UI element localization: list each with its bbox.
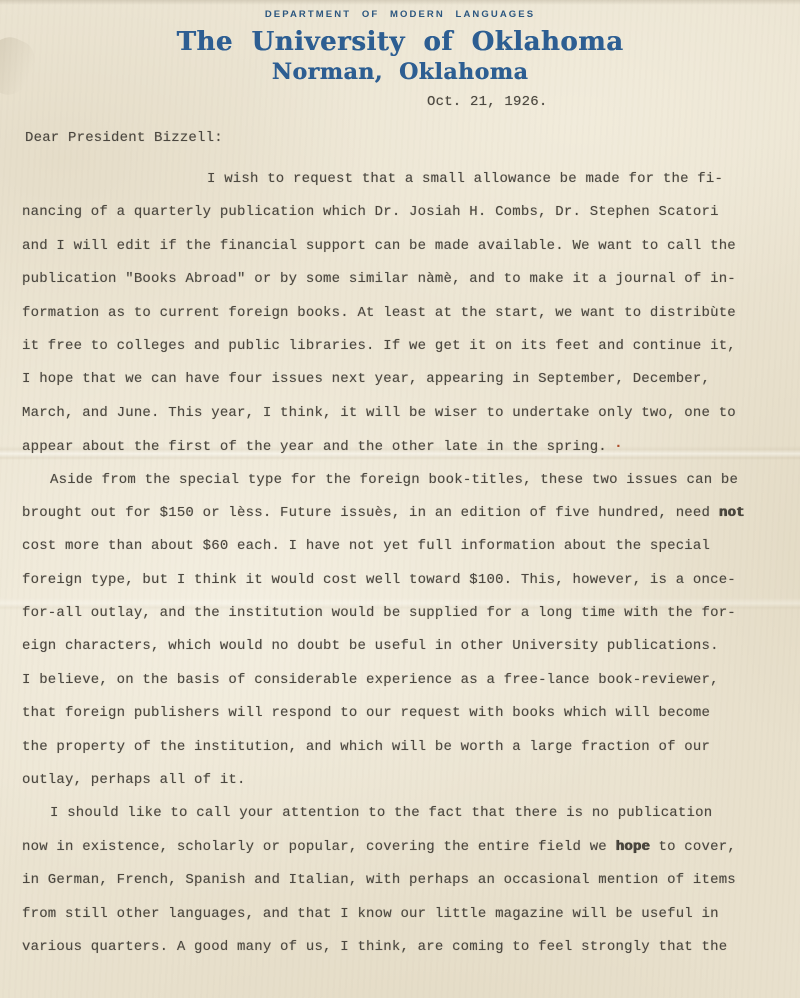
body-line: for-all outlay, and the institution woul… (22, 597, 778, 630)
body-line: outlay, perhaps all of it. (22, 764, 778, 797)
body-line: various quarters. A good many of us, I t… (22, 931, 778, 964)
body-line: eign characters, which would no doubt be… (22, 630, 778, 663)
salutation: Dear President Bizzell: (25, 131, 223, 145)
letterhead-department: DEPARTMENT OF MODERN LANGUAGES (0, 9, 800, 20)
body-line: I believe, on the basis of considerable … (22, 664, 778, 697)
body-line: and I will edit if the financial support… (22, 230, 778, 263)
body-line-text: now in existence, scholarly or popular, … (22, 839, 616, 855)
body-line: brought out for $150 or lèss. Future iss… (22, 497, 778, 530)
body-line: appear about the first of the year and t… (22, 430, 778, 463)
body-line: that foreign publishers will respond to … (22, 697, 778, 730)
body-line: I should like to call your attention to … (22, 797, 778, 830)
body-line: nancing of a quarterly publication which… (22, 196, 778, 229)
body-line-text: appear about the first of the year and t… (22, 439, 607, 455)
body-line: formation as to current foreign books. A… (22, 297, 778, 330)
body-line-text: brought out for $150 or lèss. Future iss… (22, 505, 719, 521)
letterhead-city: Norman, Oklahoma (0, 59, 800, 85)
body-line-text: to cover, (650, 839, 736, 855)
overstruck-word: not (719, 505, 745, 521)
body-line: foreign type, but I think it would cost … (22, 564, 778, 597)
body-line: from still other languages, and that I k… (22, 898, 778, 931)
body-line: cost more than about $60 each. I have no… (22, 530, 778, 563)
letterhead-university-name: The University of Oklahoma (0, 27, 800, 57)
body-line: Aside from the special type for the fore… (22, 464, 778, 497)
body-line: now in existence, scholarly or popular, … (22, 831, 778, 864)
body-line: the property of the institution, and whi… (22, 731, 778, 764)
date-line: Oct. 21, 1926. (427, 95, 547, 109)
body-line: in German, French, Spanish and Italian, … (22, 864, 778, 897)
letterhead: DEPARTMENT OF MODERN LANGUAGES The Unive… (0, 0, 800, 85)
body-line: I wish to request that a small allowance… (22, 163, 778, 196)
red-ink-dot: · (614, 438, 623, 455)
body-line: publication "Books Abroad" or by some si… (22, 263, 778, 296)
letter-body: I wish to request that a small allowance… (22, 163, 778, 964)
overstruck-word: hope (616, 839, 650, 855)
body-line: I hope that we can have four issues next… (22, 363, 778, 396)
body-line: March, and June. This year, I think, it … (22, 397, 778, 430)
scanned-letter-page: DEPARTMENT OF MODERN LANGUAGES The Unive… (0, 0, 800, 998)
body-line: it free to colleges and public libraries… (22, 330, 778, 363)
